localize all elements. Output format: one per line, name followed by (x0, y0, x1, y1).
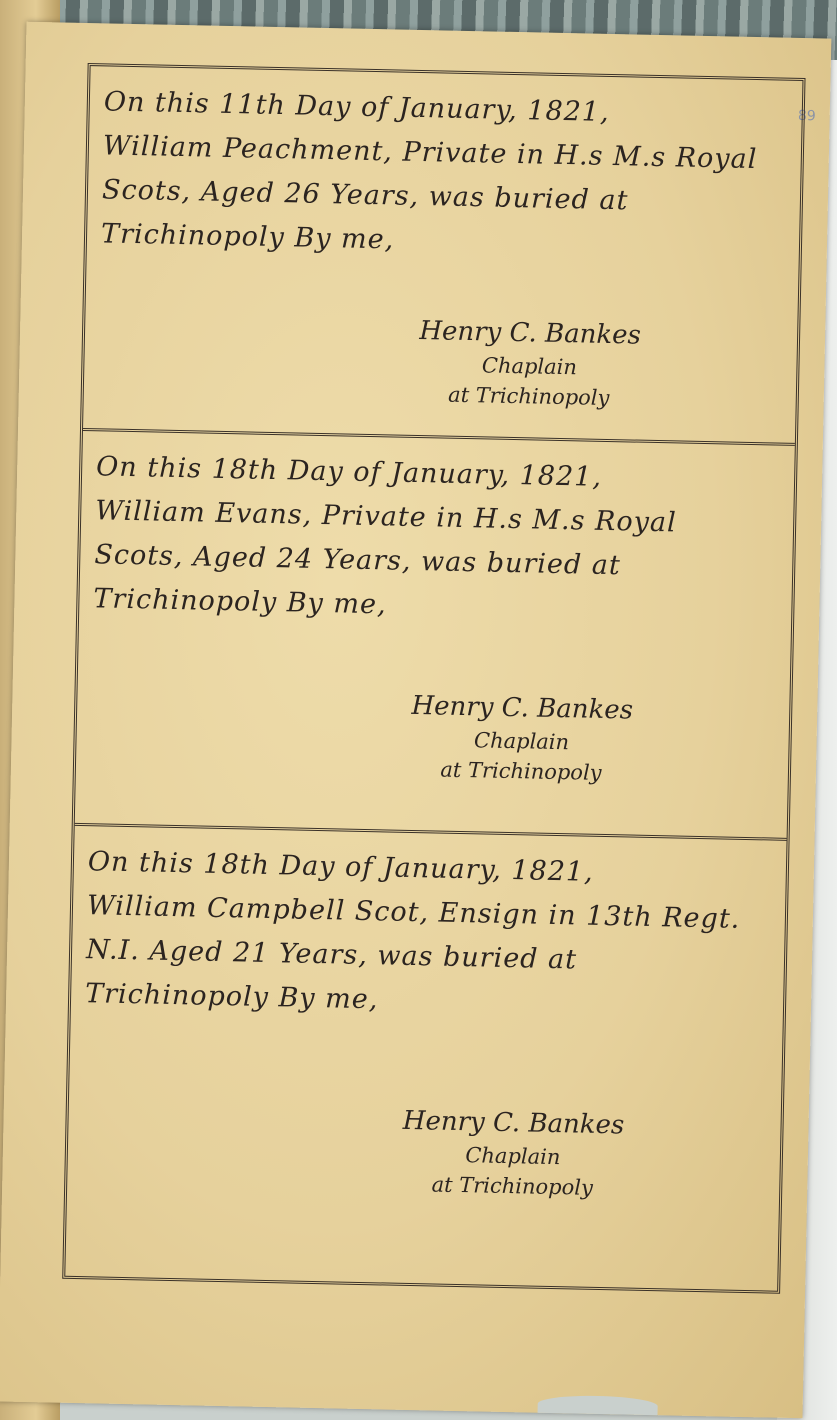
signature-block: Henry C. Bankes Chaplain at Trichinopoly (356, 687, 688, 790)
entry-text: On this 11th Day of January, 1821, Willi… (101, 80, 789, 270)
signature-place: at Trichinopoly (364, 378, 695, 415)
entry-text: On this 18th Day of January, 1821, Willi… (93, 445, 781, 635)
register-page: 89 On this 11th Day of January, 1821, Wi… (0, 22, 831, 1419)
signature-place: at Trichinopoly (356, 753, 687, 790)
signature-place: at Trichinopoly (347, 1168, 678, 1205)
burial-entry-2: On this 18th Day of January, 1821, Willi… (75, 431, 795, 841)
signature-block: Henry C. Bankes Chaplain at Trichinopoly (347, 1102, 679, 1205)
entries-frame: On this 11th Day of January, 1821, Willi… (62, 63, 805, 1294)
burial-entry-1: On this 11th Day of January, 1821, Willi… (83, 66, 802, 446)
burial-entry-3: On this 18th Day of January, 1821, Willi… (65, 826, 786, 1291)
entry-text: On this 18th Day of January, 1821, Willi… (85, 840, 773, 1030)
torn-page-edge (538, 1395, 658, 1416)
signature-block: Henry C. Bankes Chaplain at Trichinopoly (364, 312, 696, 415)
